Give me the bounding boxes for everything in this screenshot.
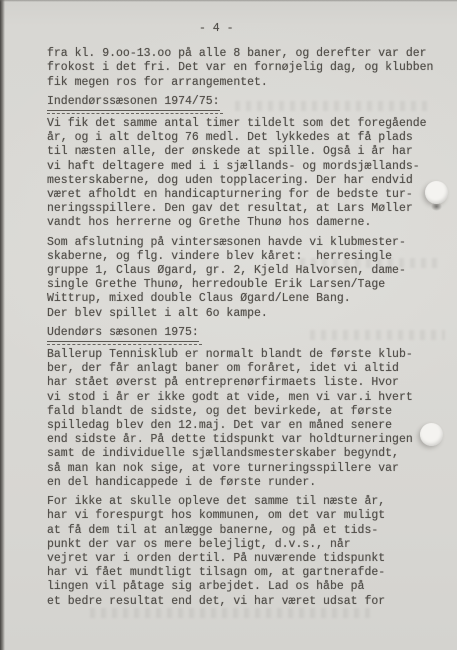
text-line: punkt der var os mere belejligt, d.v.s.,…: [47, 538, 443, 552]
text-line: Der blev spillet i alt 6o kampe.: [47, 307, 443, 321]
text-line: år, og i alt deltog 76 medl. Det lykkede…: [47, 131, 443, 145]
text-line: fra kl. 9.oo-13.oo på alle 8 baner, og d…: [47, 47, 443, 61]
section-heading-text: Indendørssæsonen 1974/75:: [47, 95, 220, 111]
indoor-season-paragraph-2: Som afslutning på vintersæsonen havde vi…: [47, 236, 443, 321]
text-line: frokost i det fri. Det var en fornøjelig…: [47, 61, 443, 75]
text-line: end sidste år. På dette tidspunkt var ho…: [47, 433, 443, 447]
text-line: For ikke at skulle opleve det samme til …: [47, 495, 443, 509]
section-heading-indoor-season: Indendørssæsonen 1974/75:: [47, 95, 443, 111]
text-line: single Grethe Thunø, herredouble Erik La…: [47, 278, 443, 292]
text-line: neringsspillere. Den gav det resultat, a…: [47, 202, 443, 216]
text-line: Som afslutning på vintersæsonen havde vi…: [47, 236, 443, 250]
page-content: - 4 - fra kl. 9.oo-13.oo på alle 8 baner…: [0, 0, 457, 609]
text-line: vi haft deltagere med i i sjællands- og …: [47, 160, 443, 174]
outdoor-season-paragraph-2: For ikke at skulle opleve det samme til …: [47, 495, 443, 609]
text-line: Ballerup Tennisklub er normalt blandt de…: [47, 348, 443, 362]
scanned-document-page: - 4 - fra kl. 9.oo-13.oo på alle 8 baner…: [0, 0, 457, 650]
text-line: vi stod i år er ikke godt at vide, men v…: [47, 391, 443, 405]
intro-paragraph: fra kl. 9.oo-13.oo på alle 8 baner, og d…: [47, 47, 443, 90]
text-line: vandt hos herrerne og Grethe Thunø hos d…: [47, 216, 443, 230]
text-line: har vi forespurgt hos kommunen, om det v…: [47, 509, 443, 523]
text-line: fald blandt de sidste, og det bevirkede,…: [47, 405, 443, 419]
page-number: - 4 -: [199, 22, 443, 36]
text-line: en del handicappede i de første runder.: [47, 476, 443, 490]
text-line: været afholdt en handicapturnering for d…: [47, 188, 443, 202]
text-line: lingen vil påtage sig arbejdet. Lad os h…: [47, 580, 443, 594]
text-line: vejret var i orden dertil. På nuværende …: [47, 552, 443, 566]
text-line: så man kan nok sige, at vore turneringss…: [47, 462, 443, 476]
text-line: skaberne, og flg. vindere blev kåret: he…: [47, 250, 443, 264]
text-line: har stået øverst på entreprenørfirmaets …: [47, 376, 443, 390]
text-line: fik megen ros for arrangementet.: [47, 76, 443, 90]
text-line: har vi fået mundtligt tilsagn om, at gar…: [47, 566, 443, 580]
section-heading-outdoor-season: Udendørs sæsonen 1975:: [47, 326, 443, 342]
indoor-season-paragraph-1: Vi fik det samme antal timer tildelt som…: [47, 117, 443, 231]
text-line: til næsten alle, der ønskede at spille. …: [47, 145, 443, 159]
text-line: spilledag blev den 12.maj. Det var en må…: [47, 419, 443, 433]
text-line: mesterskaberne, dog uden topplacering. D…: [47, 174, 443, 188]
text-line: et bedre resultat end det, vi har været …: [47, 595, 443, 609]
text-line: Vi fik det samme antal timer tildelt som…: [47, 117, 443, 131]
section-heading-text: Udendørs sæsonen 1975:: [47, 326, 199, 342]
text-line: samt de individuelle sjællandsmesterskab…: [47, 447, 443, 461]
text-line: gruppe 1, Claus Øgard, gr. 2, Kjeld Halv…: [47, 264, 443, 278]
text-line: ber, der får anlagt baner om foråret, id…: [47, 362, 443, 376]
bleed-through-text: [90, 608, 370, 618]
punch-hole-bottom: [420, 423, 443, 446]
punch-hole-top: [425, 181, 448, 204]
text-line: Wittrup, mixed double Claus Øgard/Lene B…: [47, 292, 443, 306]
text-line: at få dem til at anlægge banerne, og på …: [47, 524, 443, 538]
outdoor-season-paragraph-1: Ballerup Tennisklub er normalt blandt de…: [47, 348, 443, 490]
